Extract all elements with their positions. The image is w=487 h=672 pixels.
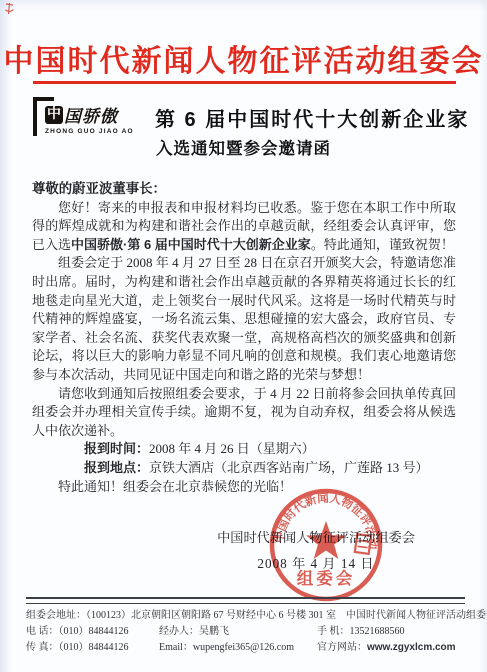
mobile-cell: 手 机：13521688560 <box>317 624 465 640</box>
checkin-place-label: 报到地点： <box>84 460 149 475</box>
logo-zhong-chip: 中 <box>45 106 63 124</box>
scanned-letter-page: 中国时代新闻人物征评活动组委会 中 国骄傲 ZHONG GUO JIAO AO … <box>0 0 487 672</box>
footer-divider <box>26 597 465 604</box>
p1-text-post: 。特此通知，谨致祝贺！ <box>311 237 454 252</box>
footer-fax-line: 传 真：（010）84844126 Email：wupengfei365@126… <box>26 640 465 656</box>
mobile-value: 13521688560 <box>350 626 405 637</box>
fax-value: （010）84844126 <box>59 642 129 653</box>
fax-label: 传 真： <box>26 642 59 653</box>
phone-label: 电 话： <box>26 626 59 637</box>
contact-label: 经办人： <box>159 626 199 637</box>
contact-value: 吴鹏飞 <box>199 626 229 637</box>
paragraph-reply-instructions: 请您收到通知后按照组委会要求，于 4 月 22 日前将参会回执单传真回组委会并办… <box>32 385 456 441</box>
logo-cursive-text: 国骄傲 <box>64 102 118 127</box>
email-label: Email： <box>159 642 193 653</box>
seal-star-icon <box>306 521 346 559</box>
website-cell: 官方网站：www.zgyxlcm.com <box>317 640 465 656</box>
china-pride-logo: 中 国骄傲 ZHONG GUO JIAO AO <box>33 97 155 135</box>
logo-wordmark: 中 国骄傲 <box>45 102 155 127</box>
logo-and-title-row: 中 国骄傲 ZHONG GUO JIAO AO 第 6 届中国时代十大创新企业家 <box>33 97 457 135</box>
closing-line: 特此通知！组委会在北京恭候您的光临！ <box>32 478 456 497</box>
contact-cell: 经办人：吴鹏飞 <box>159 624 317 640</box>
event-title-line2: 入选通知暨参会邀请函 <box>0 135 487 159</box>
footer-address-line: 组委会地址：（100123）北京朝阳区朝阳路 67 号财经中心 6 号楼 301… <box>26 608 465 624</box>
website-label: 官方网站： <box>317 642 367 653</box>
salutation: 尊敬的蔚亚波董事长： <box>32 180 456 199</box>
phone-value: （010）84844126 <box>59 626 129 637</box>
checkin-time-line: 报到时间：2008 年 4 月 26 日（星期六） <box>32 440 456 459</box>
checkin-place-value: 京铁大酒店（北京西客站南广场，广莲路 13 号） <box>149 460 429 475</box>
red-committee-seal: 中国时代新闻人物征评活动 组委会 <box>266 485 386 605</box>
phone-cell: 电 话：（010）84844126 <box>26 624 159 640</box>
paragraph-ceremony-invitation: 组委会定于 2008 年 4 月 27 日至 28 日在京召开颁奖大会，特邀请您… <box>32 254 456 384</box>
fax-cell: 传 真：（010）84844126 <box>26 640 159 656</box>
seal-bottom-text: 组委会 <box>297 568 356 588</box>
organizing-committee-masthead-title: 中国时代新闻人物征评活动组委会 <box>0 36 487 80</box>
footer-contact-block: 组委会地址：（100123）北京朝阳区朝阳路 67 号财经中心 6 号楼 301… <box>26 597 465 656</box>
checkin-time-label: 报到时间： <box>84 441 149 456</box>
email-value: wupengfei365@126.com <box>193 642 294 653</box>
masthead-underline <box>33 81 456 84</box>
corner-red-scan-mark <box>4 2 15 15</box>
p1-award-name-bold: 中国骄傲·第 6 届中国时代十大创新企业家 <box>71 237 311 252</box>
website-value: www.zgyxlcm.com <box>367 642 456 653</box>
paragraph-selection-notice: 您好！寄来的申报表和申报材料均已收悉。鉴于您在本职工作中所取得的辉煌成就和为构建… <box>32 199 456 255</box>
checkin-place-line: 报到地点：京铁大酒店（北京西客站南广场，广莲路 13 号） <box>32 459 456 478</box>
checkin-time-value: 2008 年 4 月 26 日（星期六） <box>149 441 315 456</box>
letter-body: 尊敬的蔚亚波董事长： 您好！寄来的申报表和申报材料均已收悉。鉴于您在本职工作中所… <box>32 180 456 496</box>
event-title-line1: 第 6 届中国时代十大创新企业家 <box>155 97 469 132</box>
mobile-label: 手 机： <box>317 626 350 637</box>
logo-pinyin-text: ZHONG GUO JIAO AO <box>45 128 155 135</box>
footer-phone-line: 电 话：（010）84844126 经办人：吴鹏飞 手 机：1352168856… <box>26 624 465 640</box>
email-cell: Email：wupengfei365@126.com <box>159 640 317 656</box>
